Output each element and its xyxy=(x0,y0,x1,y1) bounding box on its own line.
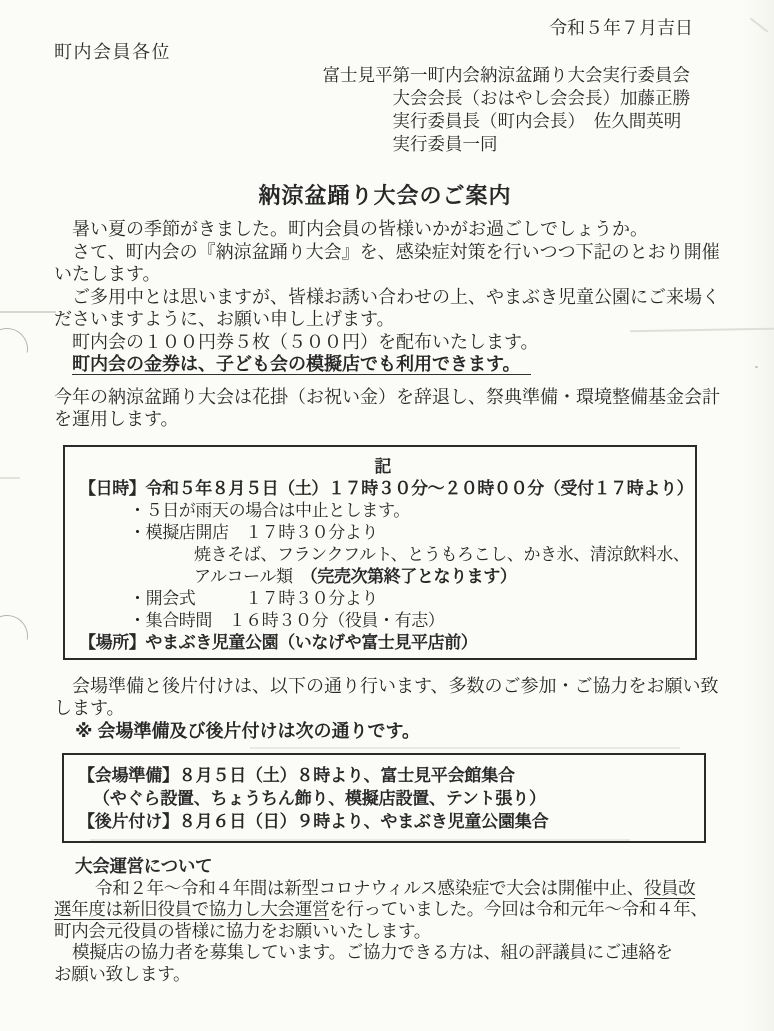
management-underline-part-2: 選年度は新旧役員で協力し大会運営 xyxy=(54,899,329,920)
management-recruit-line-1: 模擬店の協力者を募集しています。ご協力できる方は、組の評議員にご連絡を xyxy=(54,942,716,964)
fund-line-2: を運用します。 xyxy=(54,408,716,431)
fund-paragraph: 今年の納涼盆踊り大会は花掛（お祝い金）を辞退し、祭典準備・環境整備基金会計 を運… xyxy=(54,386,716,431)
opening-ceremony-line: ・開会式 １７時３０分より xyxy=(79,588,687,610)
box-heading-ki: 記 xyxy=(79,456,687,478)
intro-line-announcement-2: いたします。 xyxy=(54,263,716,286)
intro-line-announcement-1: さて、町内会の『納涼盆踊り大会』を、感染症対策を行いつつ下記のとおり開催 xyxy=(54,241,716,264)
stall-menu-line-2: アルコール類 （完売次第終了となります） xyxy=(79,566,687,588)
management-line-1: 令和２年～令和４年間は新型コロナウィルス感染症で大会は開催中止、役員改 xyxy=(54,878,716,900)
sender-organization: 富士見平第一町内会納涼盆踊り大会実行委員会 xyxy=(323,64,691,87)
intro-line-greeting: 暑い夏の季節がきました。町内会員の皆様いかがお過ごしでしょうか。 xyxy=(54,218,716,241)
sender-committee-members: 実行委員一同 xyxy=(393,133,691,156)
sender-chairman: 大会会長（おはやし会会長）加藤正勝 xyxy=(393,87,691,110)
management-history-continued-text: を行っていました。今回は令和元年～令和４年、 xyxy=(329,899,707,919)
management-section: 大会運営について 令和２年～令和４年間は新型コロナウィルス感染症で大会は開催中止… xyxy=(54,856,716,985)
sender-names-block: 大会会長（おはやし会会長）加藤正勝 実行委員長（町内会長） 佐久間英明 実行委員… xyxy=(393,87,691,156)
sender-committee-chair: 実行委員長（町内会長） 佐久間英明 xyxy=(393,110,691,133)
management-underline-part-1: 役員改 xyxy=(644,878,696,899)
management-history-text: 令和２年～令和４年間は新型コロナウィルス感染症で大会は開催中止、 xyxy=(95,878,644,898)
management-line-3: 町内会元役員の皆様に協力をお願いいたします。 xyxy=(54,921,716,943)
coupon-use-underlined-text: 町内会の金券は、子ども会の模擬店でも利用できます。 xyxy=(72,354,531,375)
management-line-2: 選年度は新旧役員で協力し大会運営を行っていました。今回は令和元年～令和４年、 xyxy=(54,899,716,921)
document-date: 令和５年７月吉日 xyxy=(54,16,693,40)
cleanup-line: 【後片付け】８月６日（日）９時より、やまぶき児童公園集合 xyxy=(78,810,694,833)
sender-block: 富士見平第一町内会納涼盆踊り大会実行委員会 大会会長（おはやし会会長）加藤正勝 … xyxy=(54,64,690,156)
schedule-box: 【会場準備】８月５日（土）８時より、富士見平会館集合 （やぐら設置、ちょうちん飾… xyxy=(62,753,706,843)
setup-line: 【会場準備】８月５日（土）８時より、富士見平会館集合 xyxy=(78,764,694,787)
intro-section: 暑い夏の季節がきました。町内会員の皆様いかがお過ごしでしょうか。 さて、町内会の… xyxy=(54,218,716,376)
management-heading: 大会運営について xyxy=(75,856,716,878)
preparation-request-line-1: 会場準備と後片付けは、以下の通り行います、多数のご参加・ご協力をお願い致 xyxy=(54,675,716,698)
sold-out-notice-text: （完売次第終了となります） xyxy=(309,567,516,586)
preparation-note-line: ※ 会場準備及び後片付けは次の通りです。 xyxy=(54,720,716,743)
preparation-section: 会場準備と後片付けは、以下の通り行います、多数のご参加・ご協力をお願い致 します… xyxy=(54,675,716,743)
management-recruit-line-2: お願い致します。 xyxy=(54,964,716,986)
event-details-box: 記 【日時】令和５年８月５日（土）１７時３０分～２０時００分（受付１７時より） … xyxy=(63,445,697,660)
setup-detail-line: （やぐら設置、ちょうちん飾り、模擬店設置、テント張り） xyxy=(78,787,694,810)
intro-line-invitation-1: ご多用中とは思いますが、皆様お誘い合わせの上、やまぶき児童公園にご来場く xyxy=(54,286,716,309)
stall-opening-line: ・模擬店開店 １７時３０分より xyxy=(79,522,687,544)
scanned-document-page: 令和５年７月吉日 町内会員各位 富士見平第一町内会納涼盆踊り大会実行委員会 大会… xyxy=(0,0,774,1031)
preparation-request-line-2: します。 xyxy=(54,697,716,720)
stall-menu-line-1: 焼きそば、フランクフルト、とうもろこし、かき氷、清涼飲料水、 xyxy=(79,544,687,566)
recipient-line: 町内会員各位 xyxy=(54,40,716,64)
event-datetime-line: 【日時】令和５年８月５日（土）１７時３０分～２０時００分（受付１７時より） xyxy=(79,478,687,500)
assembly-time-line: ・集合時間 １６時３０分（役員・有志） xyxy=(79,610,687,632)
event-location-line: 【場所】やまぶき児童公園（いなげや富士見平店前） xyxy=(79,632,687,654)
document-title: 納涼盆踊り大会のご案内 xyxy=(54,182,716,210)
fund-line-1: 今年の納涼盆踊り大会は花掛（お祝い金）を辞退し、祭典準備・環境整備基金会計 xyxy=(54,386,716,409)
intro-line-coupon-use: 町内会の金券は、子ども会の模擬店でも利用できます。 xyxy=(54,353,716,376)
rain-cancellation-line: ・５日が雨天の場合は中止とします。 xyxy=(79,500,687,522)
stall-menu-alcohol-text: アルコール類 xyxy=(194,567,309,586)
intro-line-coupon: 町内会の１００円券５枚（５００円）を配布いたします。 xyxy=(54,331,716,354)
intro-line-invitation-2: ださいますように、お願い申し上げます。 xyxy=(54,308,716,331)
